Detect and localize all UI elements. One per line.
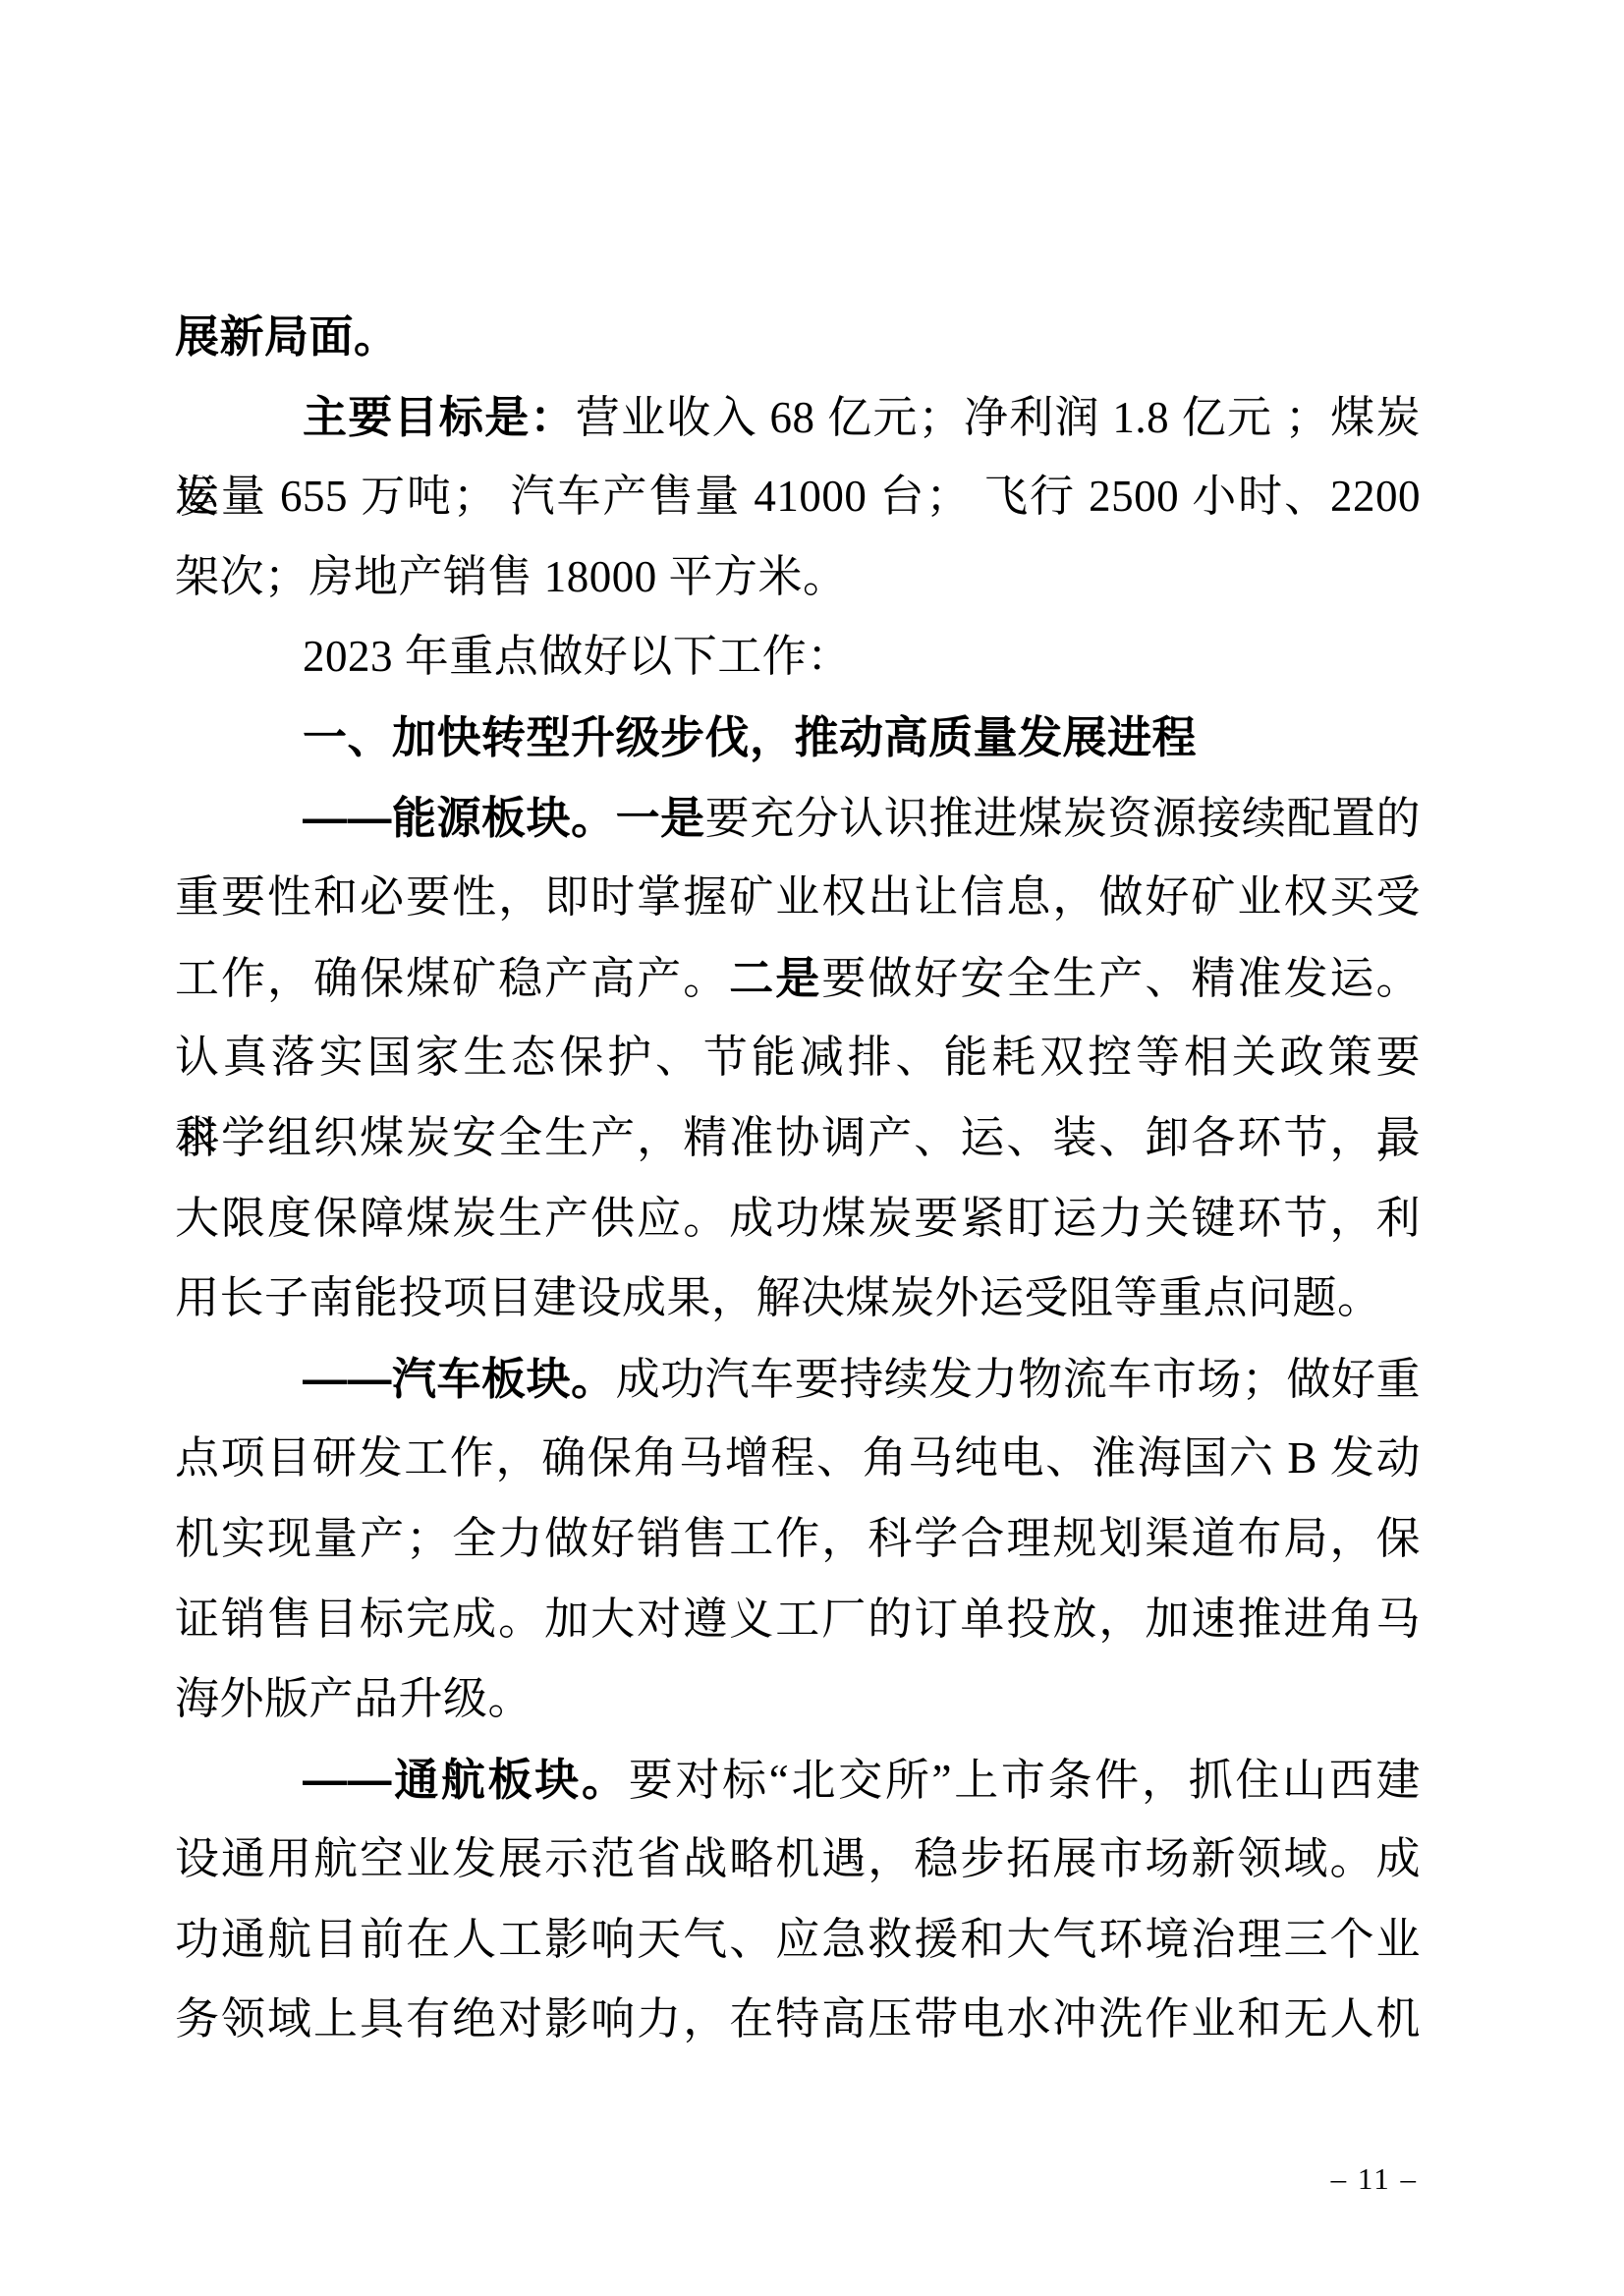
text-line: 认真落实国家生态保护、节能减排、能耗双控等相关政策要求， bbox=[175, 1018, 1421, 1098]
text-line: 主要目标是：营业收入 68 亿元；净利润 1.8 亿元 ；煤炭发 bbox=[175, 377, 1421, 458]
bold-text-run: ——汽车板块。 bbox=[303, 1354, 616, 1404]
bold-text-run: 主要目标是： bbox=[303, 392, 576, 442]
page-number: – 11 – bbox=[1331, 2157, 1418, 2201]
text-line: 务领域上具有绝对影响力，在特高压带电水冲洗作业和无人机 bbox=[175, 1980, 1421, 2060]
text-run: 科学组织煤炭安全生产，精准协调产、运、装、卸各环节，最 bbox=[175, 1113, 1421, 1162]
text-line: ——能源板块。一是要充分认识推进煤炭资源接续配置的 bbox=[175, 778, 1421, 859]
text-run: 运量 655 万吨； 汽车产售量 41000 台； 飞行 2500 小时、220… bbox=[175, 472, 1421, 521]
text-run: 用长子南能投项目建设成果，解决煤炭外运受阻等重点问题。 bbox=[175, 1273, 1382, 1322]
document-page: 展新局面。主要目标是：营业收入 68 亿元；净利润 1.8 亿元 ；煤炭发运量 … bbox=[0, 0, 1624, 2296]
bold-text-run: ——能源板块。一是 bbox=[303, 793, 705, 843]
text-line: 点项目研发工作，确保角马增程、角马纯电、淮海国六 B 发动 bbox=[175, 1419, 1421, 1499]
bold-text-run: 二是 bbox=[729, 953, 821, 1003]
text-run: 架次；房地产销售 18000 平方米。 bbox=[175, 552, 848, 601]
text-line: 功通航目前在人工影响天气、应急救援和大气环境治理三个业 bbox=[175, 1900, 1421, 1981]
text-line: 重要性和必要性，即时掌握矿业权出让信息，做好矿业权买受 bbox=[175, 858, 1421, 938]
text-run: 功通航目前在人工影响天气、应急救援和大气环境治理三个业 bbox=[175, 1915, 1421, 1964]
text-line: ——通航板块。要对标“北交所”上市条件，抓住山西建 bbox=[175, 1740, 1421, 1820]
text-run: 要充分认识推进煤炭资源接续配置的 bbox=[705, 794, 1421, 843]
text-line: 一、加快转型升级步伐，推动高质量发展进程 bbox=[175, 698, 1421, 778]
text-line: 设通用航空业发展示范省战略机遇，稳步拓展市场新领域。成 bbox=[175, 1820, 1421, 1900]
bold-text-run: 展新局面。 bbox=[175, 311, 399, 362]
bold-text-run: ——通航板块。 bbox=[303, 1755, 629, 1805]
text-run: 要对标“北交所”上市条件，抓住山西建 bbox=[629, 1756, 1421, 1805]
text-run: 设通用航空业发展示范省战略机遇，稳步拓展市场新领域。成 bbox=[175, 1834, 1421, 1883]
text-run: 海外版产品升级。 bbox=[175, 1674, 532, 1723]
document-body: 展新局面。主要目标是：营业收入 68 亿元；净利润 1.8 亿元 ；煤炭发运量 … bbox=[175, 297, 1421, 2060]
text-line: 2023 年重点做好以下工作： bbox=[175, 617, 1421, 698]
text-line: ——汽车板块。成功汽车要持续发力物流车市场；做好重 bbox=[175, 1339, 1421, 1420]
text-run: 重要性和必要性，即时掌握矿业权出让信息，做好矿业权买受 bbox=[175, 872, 1421, 922]
text-line: 用长子南能投项目建设成果，解决煤炭外运受阻等重点问题。 bbox=[175, 1259, 1421, 1339]
text-line: 架次；房地产销售 18000 平方米。 bbox=[175, 537, 1421, 618]
text-run: 大限度保障煤炭生产供应。成功煤炭要紧盯运力关键环节，利 bbox=[175, 1194, 1421, 1243]
bold-text-run: 一、加快转型升级步伐，推动高质量发展进程 bbox=[303, 712, 1197, 762]
text-run: 要做好安全生产、精准发运。 bbox=[821, 954, 1421, 1003]
text-line: 工作，确保煤矿稳产高产。二是要做好安全生产、精准发运。 bbox=[175, 938, 1421, 1019]
text-line: 科学组织煤炭安全生产，精准协调产、运、装、卸各环节，最 bbox=[175, 1098, 1421, 1179]
text-run: 成功汽车要持续发力物流车市场；做好重 bbox=[616, 1355, 1421, 1404]
text-line: 机实现量产；全力做好销售工作，科学合理规划渠道布局，保 bbox=[175, 1499, 1421, 1580]
text-run: 机实现量产；全力做好销售工作，科学合理规划渠道布局，保 bbox=[175, 1514, 1421, 1563]
text-line: 海外版产品升级。 bbox=[175, 1659, 1421, 1740]
text-line: 运量 655 万吨； 汽车产售量 41000 台； 飞行 2500 小时、220… bbox=[175, 457, 1421, 537]
text-run: 点项目研发工作，确保角马增程、角马纯电、淮海国六 B 发动 bbox=[175, 1433, 1421, 1483]
text-line: 展新局面。 bbox=[175, 297, 1421, 377]
text-line: 证销售目标完成。加大对遵义工厂的订单投放，加速推进角马 bbox=[175, 1580, 1421, 1660]
text-run: 2023 年重点做好以下工作： bbox=[303, 632, 852, 681]
text-run: 务领域上具有绝对影响力，在特高压带电水冲洗作业和无人机 bbox=[175, 1994, 1421, 2044]
text-run: 工作，确保煤矿稳产高产。 bbox=[175, 954, 729, 1003]
text-run: 证销售目标完成。加大对遵义工厂的订单投放，加速推进角马 bbox=[175, 1595, 1421, 1644]
text-line: 大限度保障煤炭生产供应。成功煤炭要紧盯运力关键环节，利 bbox=[175, 1179, 1421, 1260]
